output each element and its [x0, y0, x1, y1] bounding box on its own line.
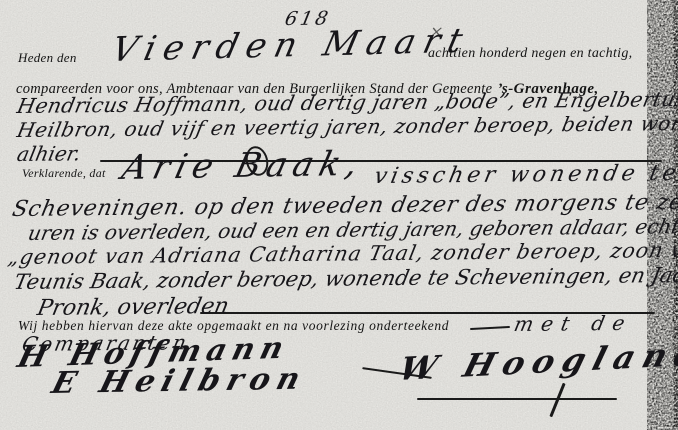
document-scan: 618 × Heden den Vierden Maart achttien h… [0, 0, 678, 430]
closing-addition: met de [512, 311, 635, 336]
deceased-occupation: visscher wonende te [372, 161, 678, 189]
registrar-flourish-slash [549, 383, 565, 418]
declaration-line6: Pronk, overleden [35, 294, 231, 321]
closing-dash [470, 326, 510, 330]
printed-heden-den: Heden den [18, 50, 77, 66]
deceased-name: Arie Baak, [118, 144, 368, 188]
declarants-line3: alhier. [15, 141, 83, 166]
signature-registrar: W Hoogland [395, 334, 678, 388]
printed-year: achttien honderd negen en tachtig, [428, 46, 632, 62]
signature-declarant2: E Heilbron [48, 362, 311, 401]
registrar-underline [417, 398, 617, 400]
printed-verklarende: Verklarende, dat [22, 166, 106, 181]
handwritten-date: Vierden Maart [108, 21, 474, 70]
